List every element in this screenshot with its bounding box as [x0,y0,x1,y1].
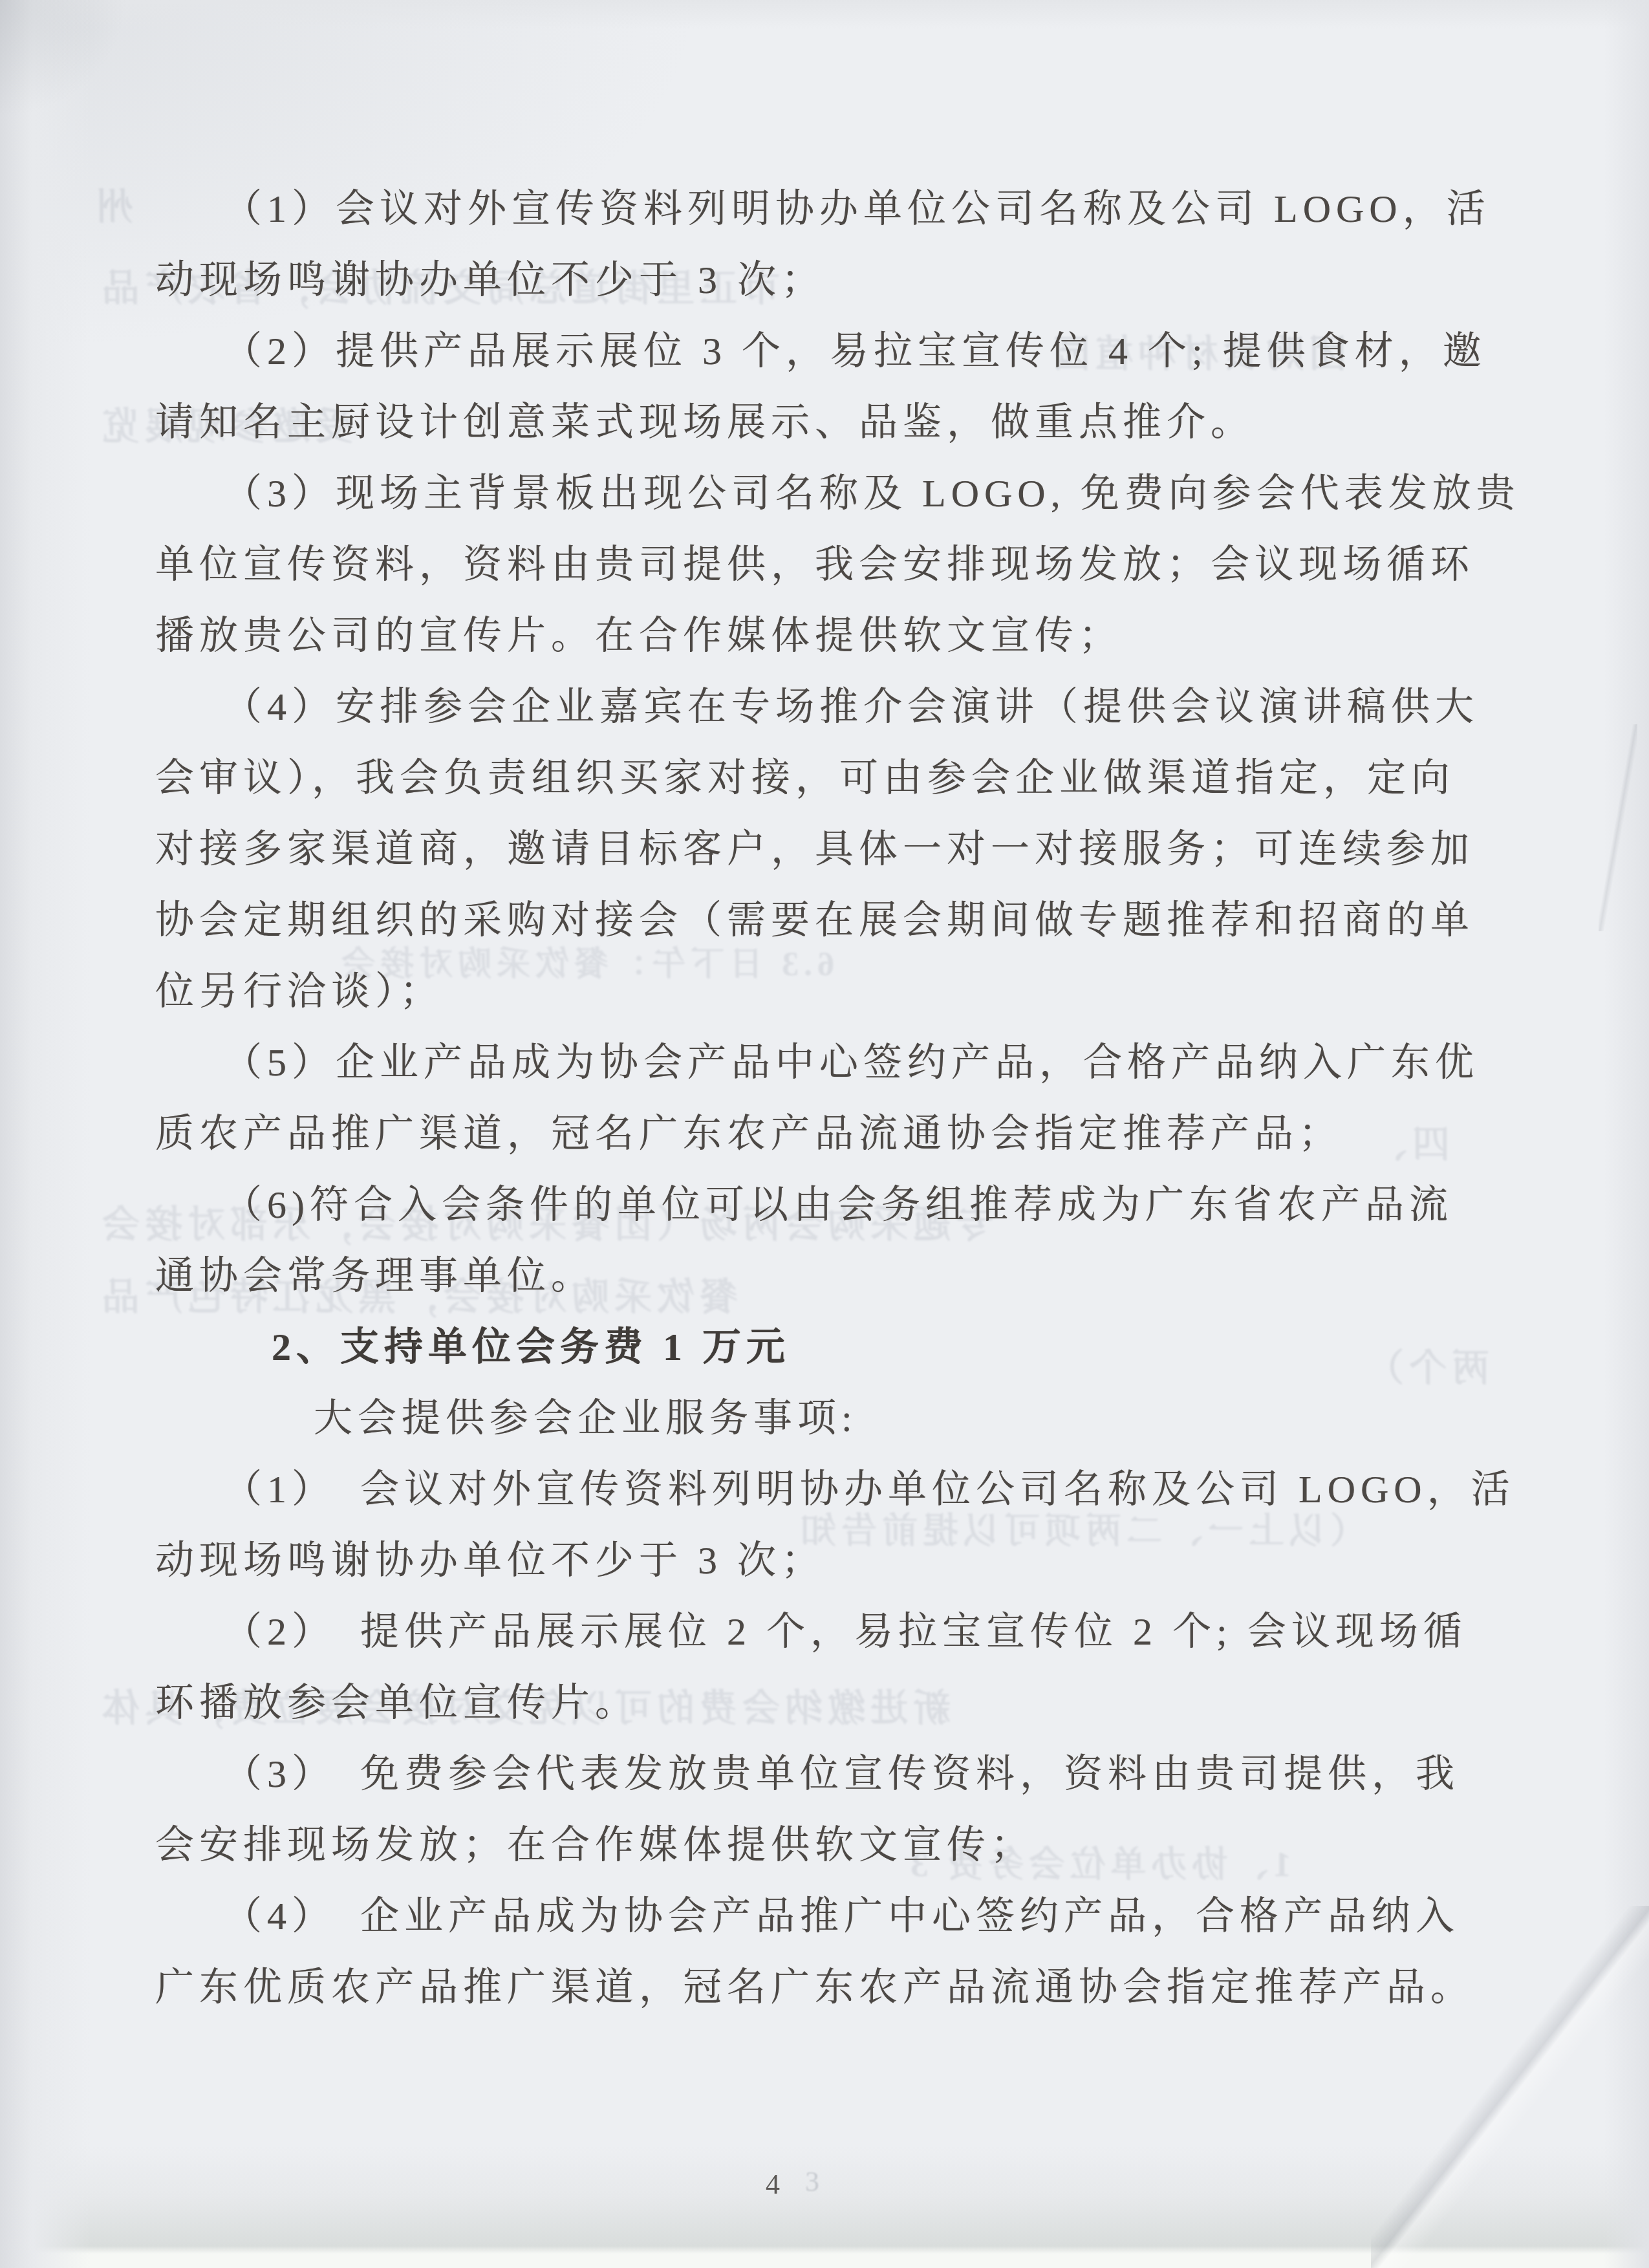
bleedthrough-text: 州 [91,176,133,230]
text-line: （2）提供产品展示展位 3 个，易拉宝宣传位 4 个; 提供食材，邀 [155,316,1507,387]
document-text-block: （1）会议对外宣传资料列明协办单位公司名称及公司 LOGO，活 动现场鸣谢协办单… [155,173,1507,2023]
text-line: （1）会议对外宣传资料列明协办单位公司名称及公司 LOGO，活 [155,173,1507,244]
text-line: 会审议），我会负责组织买家对接，可由参会企业做渠道指定，定向 [155,742,1507,814]
text-line: 播放贵公司的宣传片。在合作媒体提供软文宣传； [155,600,1507,671]
text-line: 大会提供参会企业服务事项: [155,1383,1507,1454]
text-line: （4） 企业产品成为协会产品推广中心签约产品，合格产品纳入 [155,1881,1507,1952]
text-line: 位另行洽谈）； [155,956,1507,1027]
page-number: 4 [744,2168,802,2201]
text-line: 单位宣传资料，资料由贵司提供，我会安排现场发放；会议现场循环 [155,529,1507,600]
text-line: （5）企业产品成为协会产品中心签约产品，合格产品纳入广东优 [155,1027,1507,1098]
text-line: 对接多家渠道商，邀请目标客户，具体一对一对接服务；可连续参加 [155,814,1507,885]
text-line: （2） 提供产品展示展位 2 个，易拉宝宣传位 2 个; 会议现场循 [155,1596,1507,1667]
text-line: 协会定期组织的采购对接会（需要在展会期间做专题推荐和招商的单 [155,885,1507,956]
paper-corner-shadow [0,0,168,155]
text-line: 广东优质农产品推广渠道，冠名广东农产品流通协会指定推荐产品。 [155,1952,1507,2023]
text-line: （3） 免费参会代表发放贵单位宣传资料，资料由贵司提供，我 [155,1738,1507,1809]
text-line: 动现场鸣谢协办单位不少于 3 次； [155,1525,1507,1596]
text-line: 质农产品推广渠道，冠名广东农产品流通协会指定推荐产品； [155,1098,1507,1169]
text-line: 环播放参会单位宣传片。 [155,1667,1507,1738]
text-line: （3）现场主背景板出现公司名称及 LOGO, 免费向参会代表发放贵 [155,458,1507,529]
text-line: 动现场鸣谢协办单位不少于 3 次； [155,244,1507,316]
text-line-heading: 2、支持单位会务费 1 万元 [155,1312,1507,1383]
paper-crease [1599,724,1637,931]
scanned-page: 州 市正里街道总局交流协会，省农产品 团购食材种植园 受邀参观展览 6.3 日下… [0,0,1649,2268]
text-line: 请知名主厨设计创意菜式现场展示、品鉴，做重点推介。 [155,387,1507,458]
text-line: （1） 会议对外宣传资料列明协办单位公司名称及公司 LOGO，活 [155,1454,1507,1525]
paper-crease [1371,1906,1649,2268]
text-line: 通协会常务理事单位。 [155,1240,1507,1312]
text-line: （4）安排参会企业嘉宾在专场推介会演讲（提供会议演讲稿供大 [155,671,1507,742]
text-line: 会安排现场发放；在合作媒体提供软文宣传； [155,1809,1507,1881]
page-number-bleedthrough: 3 [805,2165,819,2198]
text-line: （6)符合入会条件的单位可以由会务组推荐成为广东省农产品流 [155,1169,1507,1240]
